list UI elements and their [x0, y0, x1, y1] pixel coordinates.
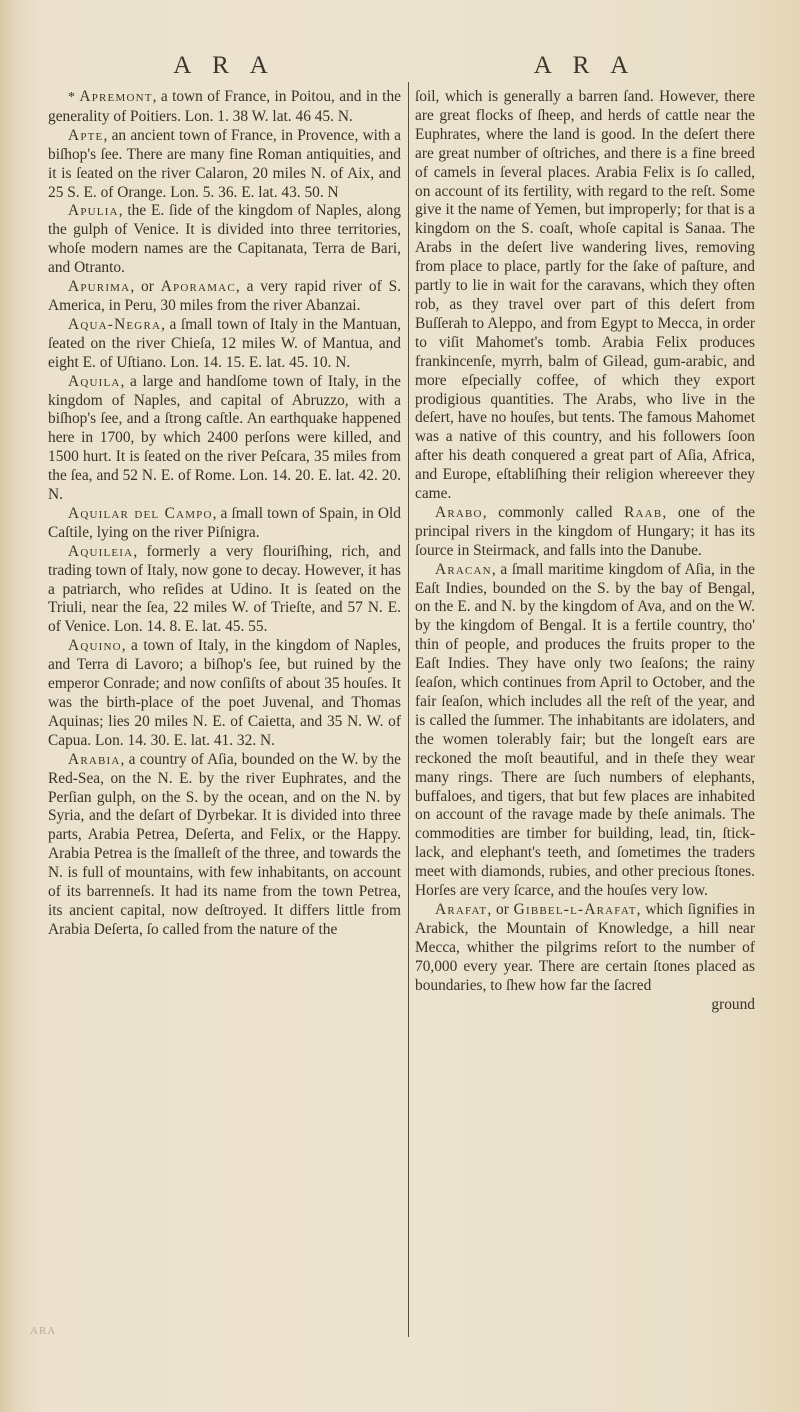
entry-apulia: Apulia, the E. ſide of the kingdom of Na…: [48, 202, 401, 278]
headword-alt: Gibbel-l-Arafat: [514, 901, 637, 918]
headword: Aracan: [435, 561, 492, 578]
entry-apremont: * Apremont, a town of France, in Poitou,…: [48, 88, 401, 127]
headword: Aquino: [68, 637, 122, 654]
entry-arafat: Arafat, or Gibbel-l-Arafat, which ſignif…: [415, 901, 755, 996]
headword: Apremont: [79, 88, 152, 105]
faint-signature-mark: ARA: [30, 1325, 56, 1337]
headword: Aquilar del Campo: [68, 505, 213, 522]
entry-connector: , or: [487, 901, 513, 918]
entry-aquileia: Aquileia, formerly a very flouriſhing, r…: [48, 543, 401, 638]
entry-text: , a country of Aſia, bounded on the W. b…: [48, 751, 401, 938]
entry-connector: , or: [130, 278, 160, 295]
running-head-left: A R A: [48, 50, 401, 82]
entry-text: ſoil, which is generally a barren ſand. …: [415, 88, 755, 502]
entry-text: , a ſmall maritime kingdom of Aſia, in t…: [415, 561, 755, 899]
entry-arabia: Arabia, a country of Aſia, bounded on th…: [48, 751, 401, 940]
entry-arabo: Arabo, commonly called Raab, one of the …: [415, 504, 755, 561]
entry-arabia-continued: ſoil, which is generally a barren ſand. …: [415, 88, 755, 504]
running-head-right: A R A: [415, 50, 755, 82]
headword: Apulia: [68, 202, 119, 219]
left-column: A R A * Apremont, a town of France, in P…: [48, 50, 401, 940]
entry-aquino: Aquino, a town of Italy, in the kingdom …: [48, 637, 401, 750]
entry-aquilar-del-campo: Aquilar del Campo, a ſmall town of Spain…: [48, 505, 401, 543]
book-page: A R A * Apremont, a town of France, in P…: [0, 0, 800, 1412]
headword: Arabo: [435, 504, 483, 521]
entry-apte: Apte, an ancient town of France, in Prov…: [48, 127, 401, 203]
column-divider: [408, 82, 409, 1337]
asterisk-marker: *: [68, 90, 75, 105]
headword: Apte: [68, 127, 103, 144]
entry-aquila: Aquila, a large and handſome town of Ita…: [48, 373, 401, 505]
entry-connector: , commonly called: [483, 504, 624, 521]
headword: Aqua-Negra: [68, 316, 161, 333]
headword: Arabia: [68, 751, 121, 768]
left-entries: * Apremont, a town of France, in Poitou,…: [48, 88, 401, 940]
catchword: ground: [415, 996, 755, 1015]
headword-alt: Aporamac: [161, 278, 236, 295]
right-column: A R A ſoil, which is generally a barren …: [415, 50, 755, 1014]
headword-alt: Raab: [624, 504, 662, 521]
headword: Aquila: [68, 373, 121, 390]
entry-apurima: Apurima, or Aporamac, a very rapid river…: [48, 278, 401, 316]
headword: Arafat: [435, 901, 487, 918]
entry-aracan: Aracan, a ſmall maritime kingdom of Aſia…: [415, 561, 755, 901]
right-entries: ſoil, which is generally a barren ſand. …: [415, 88, 755, 1014]
entry-aqua-negra: Aqua-Negra, a ſmall town of Italy in the…: [48, 316, 401, 373]
headword: Apurima: [68, 278, 130, 295]
headword: Aquileia: [68, 543, 133, 560]
entry-text: , a large and handſome town of Italy, in…: [48, 373, 401, 503]
